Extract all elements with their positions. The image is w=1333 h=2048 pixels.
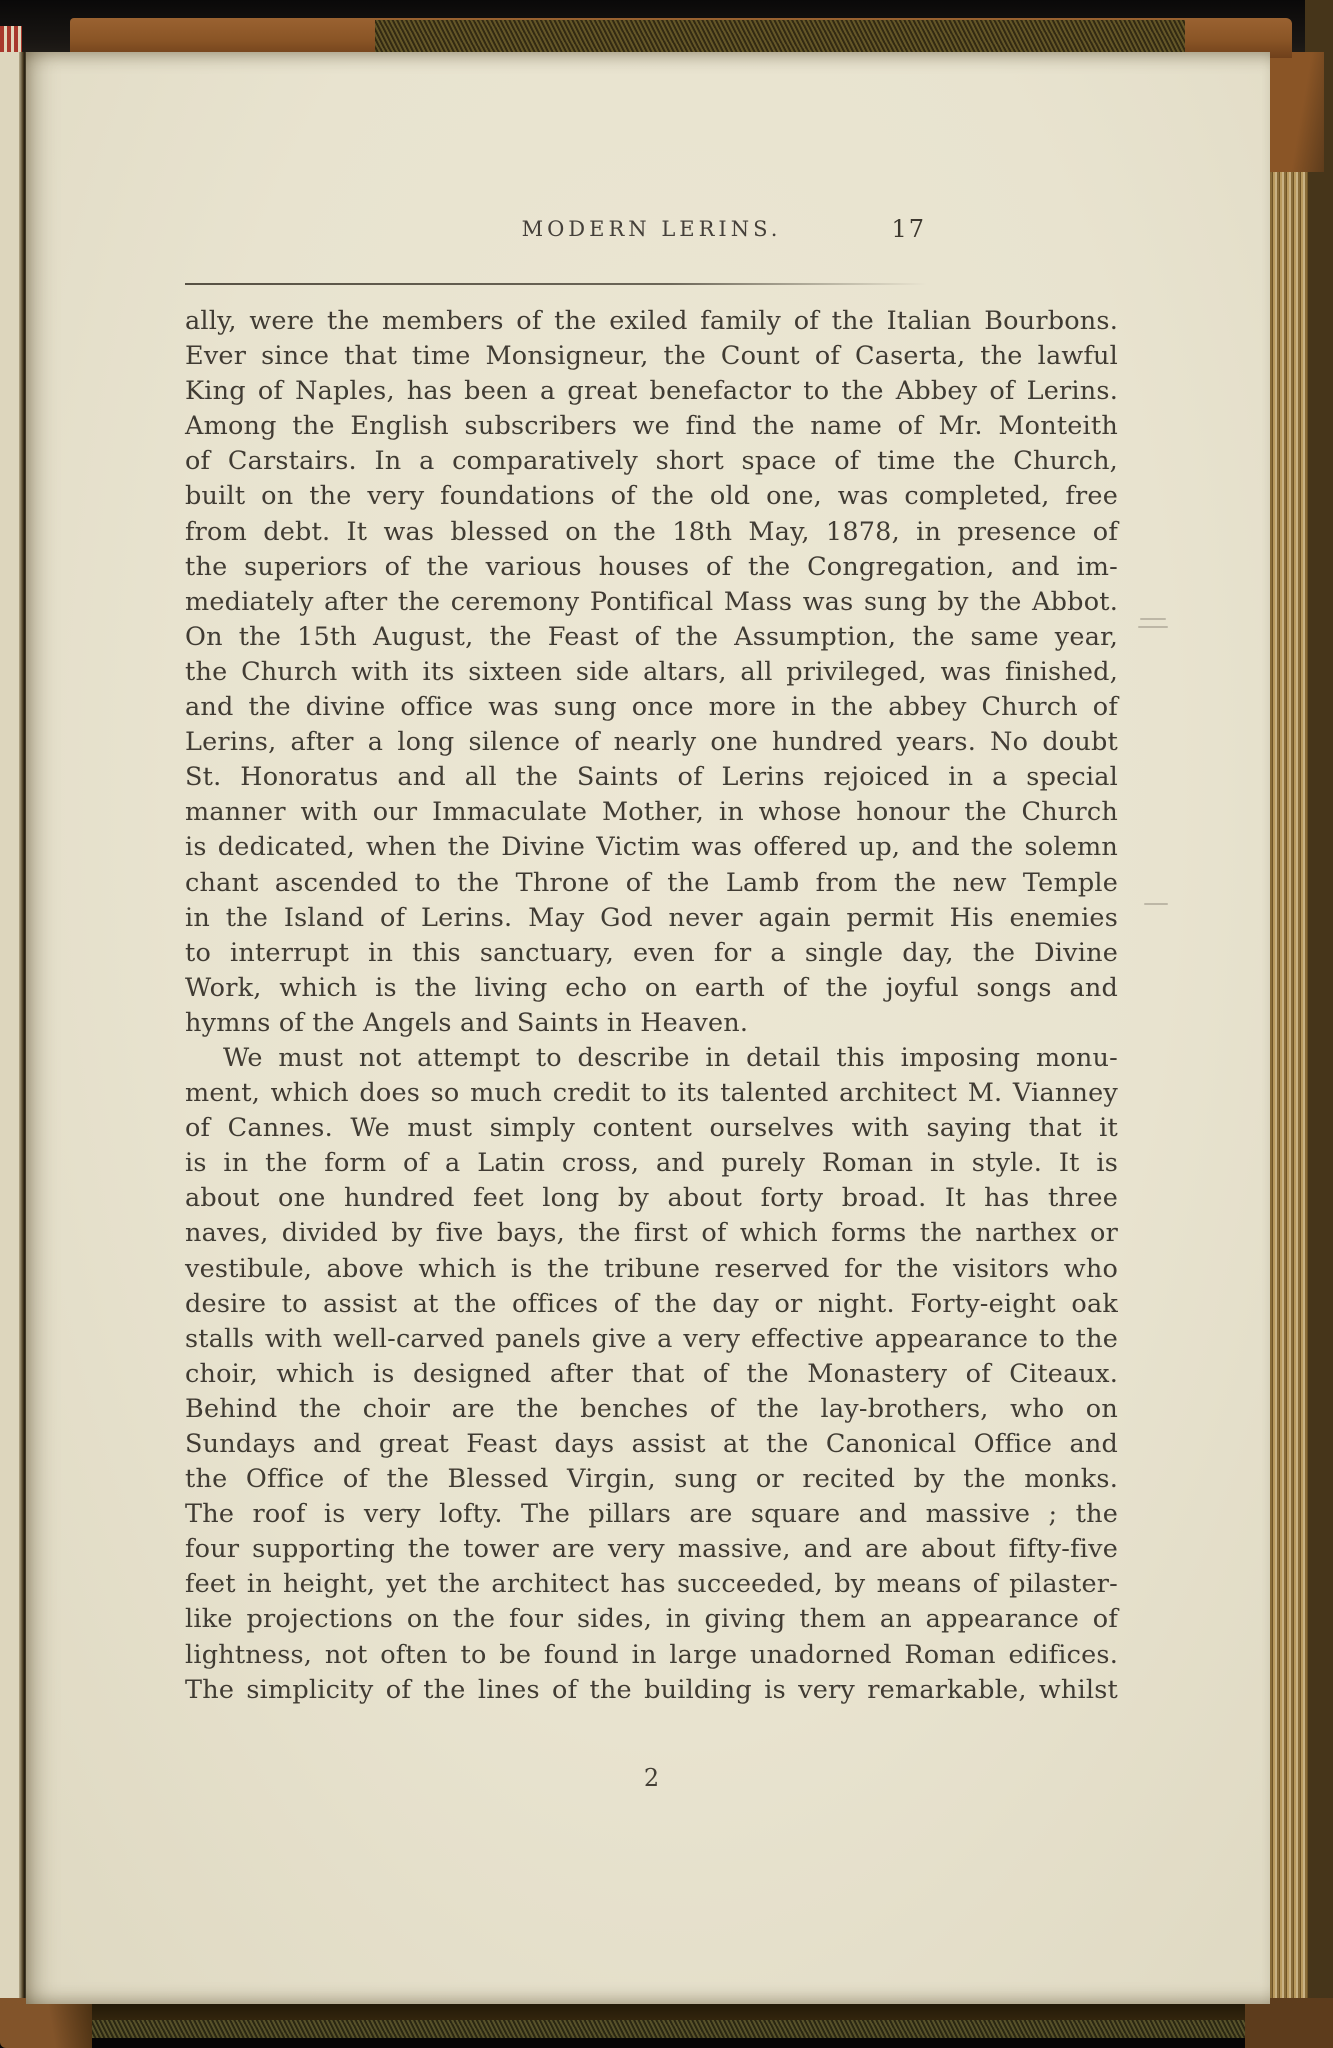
cover-corner-bottom-left [0,1998,92,2048]
text-line: manner with our Immaculate Mother, in wh… [185,795,1118,830]
scan-smudge [1144,903,1168,905]
header-rule [185,283,927,285]
text-line: King of Naples, has been a great benefac… [185,374,1118,409]
text-line: the superiors of the various houses of t… [185,550,1118,585]
text-line: of Carstairs. In a comparatively short s… [185,444,1118,479]
bottom-weave-band [55,2020,1285,2040]
text-line: Lerins, after a long silence of nearly o… [185,725,1118,760]
book-scan: MODERN LERINS. 17 ally, were the members… [0,0,1333,2048]
text-line: Behind the choir are the benches of the … [185,1392,1118,1427]
scan-background-bottom [0,2038,1333,2048]
text-line: The simplicity of the lines of the build… [185,1673,1118,1708]
body-text: ally, were the members of the exiled fam… [185,304,1118,1708]
book-cover-right-edge [1305,0,1333,2048]
running-head: MODERN LERINS. 17 [185,217,1118,251]
text-line: the Church with its sixteen side altars,… [185,655,1118,690]
text-line: from debt. It was blessed on the 18th Ma… [185,515,1118,550]
text-line: On the 15th August, the Feast of the Ass… [185,620,1118,655]
page-edges-stack [1268,52,1308,2008]
page-title: MODERN LERINS. [185,217,1118,241]
text-line: St. Honoratus and all the Saints of Leri… [185,760,1118,795]
scan-smudge [1140,618,1166,620]
scan-smudge [1138,626,1168,628]
text-line: desire to assist at the offices of the d… [185,1287,1118,1322]
text-line: Sundays and great Feast days assist at t… [185,1427,1118,1462]
cover-corner-bottom-right [1245,1998,1333,2048]
text-line: feet in height, yet the architect has su… [185,1567,1118,1602]
text-line: chant ascended to the Throne of the Lamb… [185,866,1118,901]
page-number: 17 [891,215,926,243]
text-line: Work, which is the living echo on earth … [185,971,1118,1006]
text-line: like projections on the four sides, in g… [185,1602,1118,1637]
text-line: lightness, not often to be found in larg… [185,1638,1118,1673]
text-line: choir, which is designed after that of t… [185,1357,1118,1392]
text-line: hymns of the Angels and Saints in Heaven… [185,1006,1118,1041]
text-line: about one hundred feet long by about for… [185,1181,1118,1216]
text-line: is dedicated, when the Divine Victim was… [185,830,1118,865]
text-line: is in the form of a Latin cross, and pur… [185,1146,1118,1181]
text-line: of Cannes. We must simply content oursel… [185,1111,1118,1146]
text-line: Among the English subscribers we find th… [185,409,1118,444]
text-line: We must not attempt to describe in detai… [185,1041,1118,1076]
text-line: four supporting the tower are very massi… [185,1532,1118,1567]
cover-corner-top-right [1262,52,1324,172]
book-page: MODERN LERINS. 17 ally, were the members… [26,52,1270,2004]
text-line: mediately after the ceremony Pontifical … [185,585,1118,620]
text-line: ment, which does so much credit to its t… [185,1076,1118,1111]
text-line: ally, were the members of the exiled fam… [185,304,1118,339]
text-line: vestibule, above which is the tribune re… [185,1252,1118,1287]
text-line: The roof is very lofty. The pillars are … [185,1497,1118,1532]
text-line: and the divine office was sung once more… [185,690,1118,725]
signature-mark: 2 [185,1764,1118,1792]
text-line: Ever since that time Monsigneur, the Cou… [185,339,1118,374]
text-line: built on the very foundations of the old… [185,479,1118,514]
facing-page-sliver [0,52,19,2008]
text-line: the Office of the Blessed Virgin, sung o… [185,1462,1118,1497]
text-line: to interrupt in this sanctuary, even for… [185,936,1118,971]
text-line: in the Island of Lerins. May God never a… [185,901,1118,936]
text-line: naves, divided by five bays, the first o… [185,1216,1118,1251]
text-line: stalls with well-carved panels give a ve… [185,1322,1118,1357]
